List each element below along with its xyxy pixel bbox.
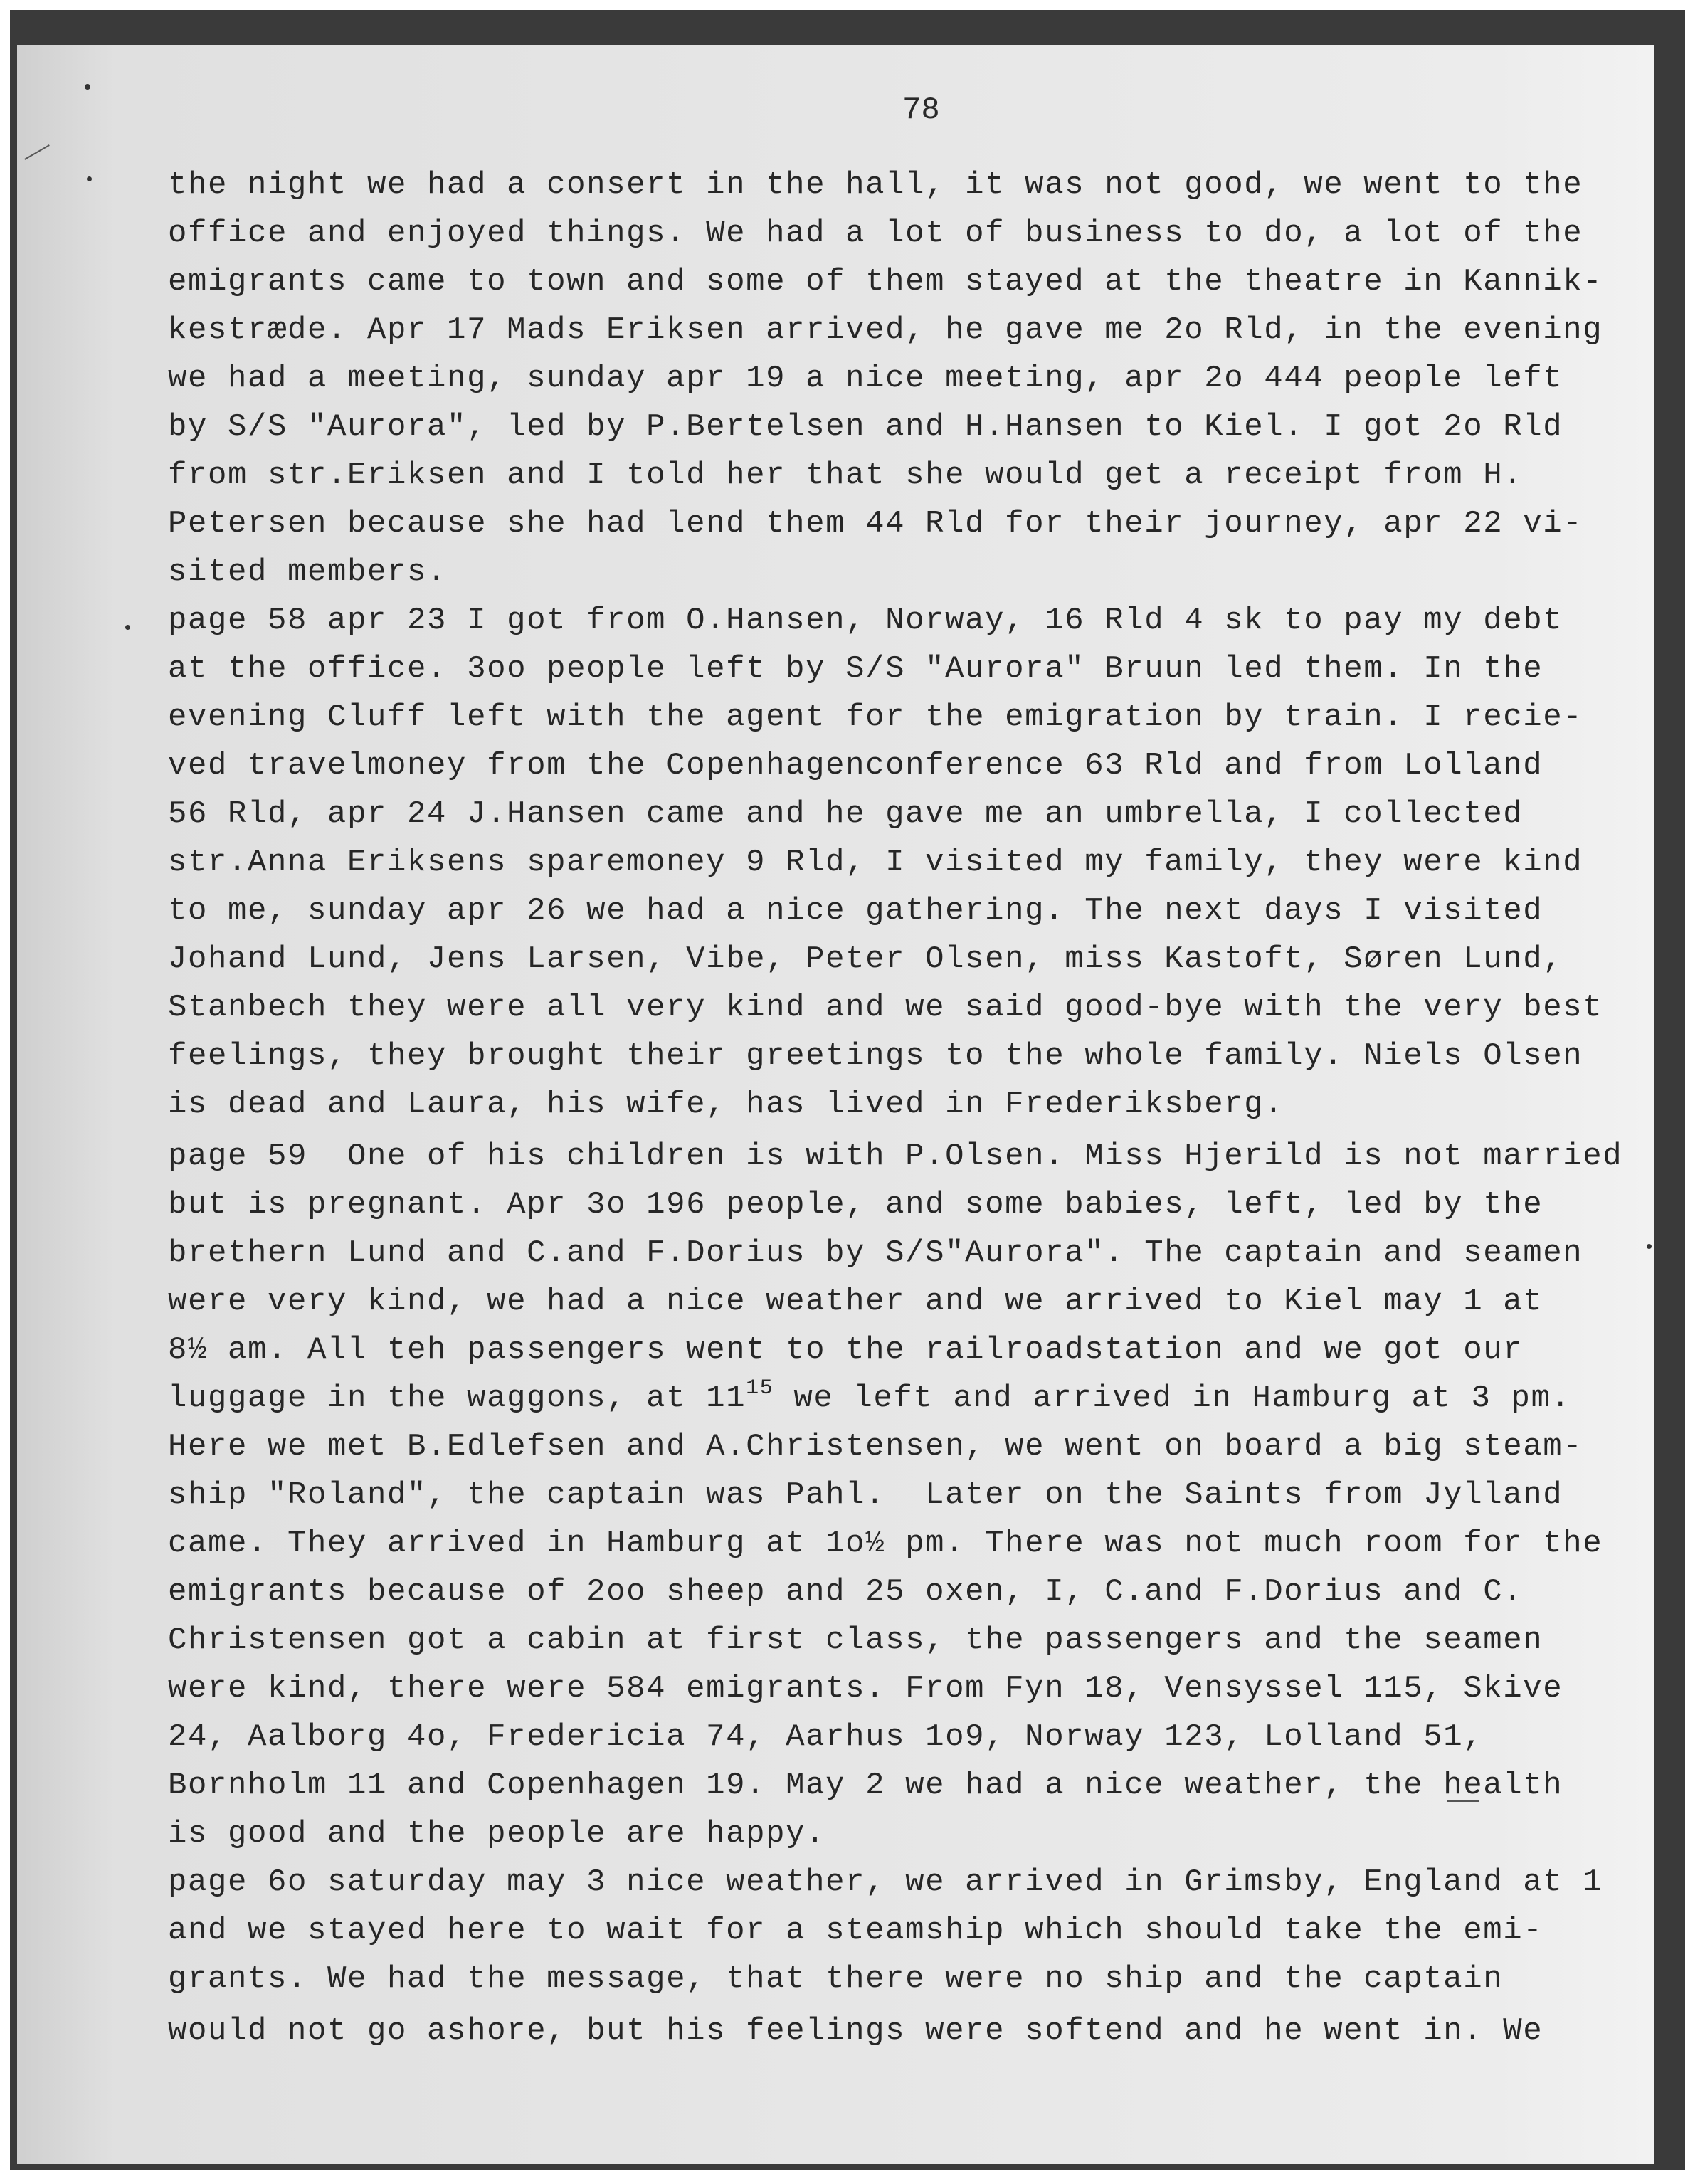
page-number: 78 bbox=[902, 93, 940, 128]
text-line: were kind, there were 584 emigrants. Fro… bbox=[168, 1667, 1563, 1710]
text-line: the night we had a consert in the hall, … bbox=[168, 164, 1583, 206]
text-line: Christensen got a cabin at first class, … bbox=[168, 1619, 1543, 1662]
ink-speck bbox=[85, 84, 90, 90]
text-line: page 6o saturday may 3 nice weather, we … bbox=[168, 1861, 1603, 1904]
text-line: but is pregnant. Apr 3o 196 people, and … bbox=[168, 1183, 1543, 1226]
text-line: Bornholm 11 and Copenhagen 19. May 2 we … bbox=[168, 1764, 1563, 1807]
text-line: emigrants because of 2oo sheep and 25 ox… bbox=[168, 1571, 1523, 1613]
text-line: brethern Lund and C.and F.Dorius by S/S"… bbox=[168, 1232, 1583, 1275]
text-line: to me, sunday apr 26 we had a nice gathe… bbox=[168, 890, 1543, 932]
text-line: from str.Eriksen and I told her that she… bbox=[168, 454, 1523, 497]
ink-speck bbox=[1647, 1244, 1652, 1249]
pencil-mark bbox=[24, 144, 50, 160]
text-line: ved travelmoney from the Copenhagenconfe… bbox=[168, 744, 1543, 787]
text-line: and we stayed here to wait for a steamsh… bbox=[168, 1909, 1543, 1952]
text-line: ship "Roland", the captain was Pahl. Lat… bbox=[168, 1474, 1563, 1516]
time-superscript: 15 bbox=[746, 1376, 774, 1400]
text-line: office and enjoyed things. We had a lot … bbox=[168, 212, 1583, 255]
text-segment: we left and arrived in Hamburg at 3 pm. bbox=[774, 1381, 1571, 1416]
text-line: 8½ am. All teh passengers went to the ra… bbox=[168, 1329, 1523, 1371]
text-line: at the office. 3oo people left by S/S "A… bbox=[168, 648, 1543, 690]
text-line: is dead and Laura, his wife, has lived i… bbox=[168, 1083, 1284, 1126]
text-line: Johand Lund, Jens Larsen, Vibe, Peter Ol… bbox=[168, 938, 1563, 981]
ink-speck bbox=[125, 625, 130, 630]
text-line: sited members. bbox=[168, 551, 447, 594]
text-line: luggage in the waggons, at 1115 we left … bbox=[168, 1377, 1571, 1420]
text-segment: luggage in the waggons, at 11 bbox=[168, 1381, 746, 1416]
text-line: by S/S "Aurora", led by P.Bertelsen and … bbox=[168, 406, 1563, 448]
text-line: feelings, they brought their greetings t… bbox=[168, 1035, 1583, 1077]
text-line: Petersen because she had lend them 44 Rl… bbox=[168, 502, 1583, 545]
text-line: kestræde. Apr 17 Mads Eriksen arrived, h… bbox=[168, 309, 1603, 352]
text-line: were very kind, we had a nice weather an… bbox=[168, 1280, 1543, 1323]
text-line: evening Cluff left with the agent for th… bbox=[168, 696, 1583, 739]
text-line: Stanbech they were all very kind and we … bbox=[168, 986, 1603, 1029]
text-line: emigrants came to town and some of them … bbox=[168, 260, 1603, 303]
text-line: page 58 apr 23 I got from O.Hansen, Norw… bbox=[168, 599, 1563, 642]
text-line: 56 Rld, apr 24 J.Hansen came and he gave… bbox=[168, 793, 1523, 835]
text-line: grants. We had the message, that there w… bbox=[168, 1958, 1503, 2000]
text-line: is good and the people are happy. bbox=[168, 1813, 825, 1855]
text-line: Here we met B.Edlefsen and A.Christensen… bbox=[168, 1425, 1583, 1468]
text-line: came. They arrived in Hamburg at 1o½ pm.… bbox=[168, 1522, 1603, 1565]
text-line: page 59 One of his children is with P.Ol… bbox=[168, 1135, 1622, 1178]
text-line: we had a meeting, sunday apr 19 a nice m… bbox=[168, 357, 1563, 400]
text-line: would not go ashore, but his feelings we… bbox=[168, 2010, 1543, 2052]
text-line: str.Anna Eriksens sparemoney 9 Rld, I vi… bbox=[168, 841, 1583, 884]
ink-speck bbox=[87, 176, 92, 181]
text-line: 24, Aalborg 4o, Fredericia 74, Aarhus 1o… bbox=[168, 1716, 1483, 1758]
